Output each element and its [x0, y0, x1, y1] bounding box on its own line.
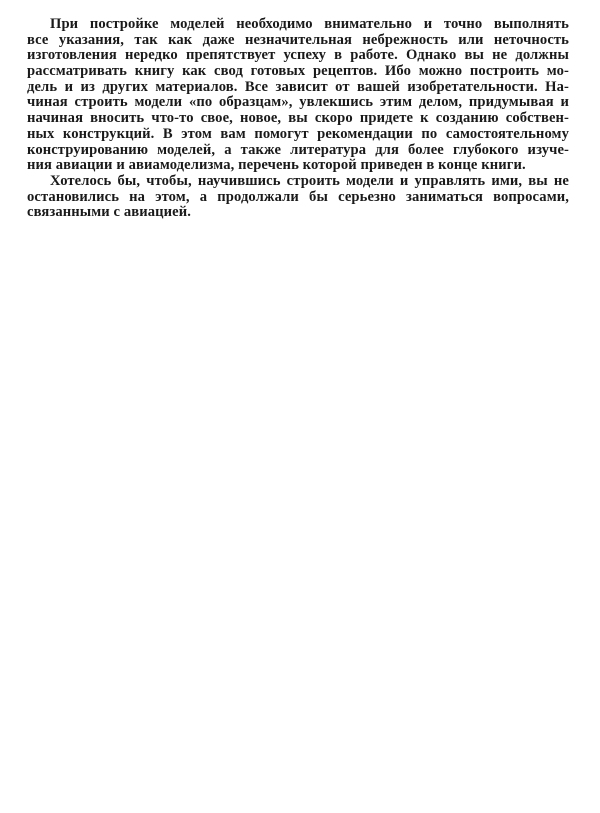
paragraph-2-line-1: Хотелось бы, чтобы, научившись строить м… [27, 174, 569, 190]
paragraph-1-line-2: все указания, так как даже незначительна… [27, 33, 569, 49]
paragraph-1-line-10: ния авиации и авиамоделизма, перечень ко… [27, 158, 569, 174]
paragraph-2-line-2: остановились на этом, а продолжали бы се… [27, 190, 569, 206]
body-text: При постройке моделей необходимо внимате… [27, 17, 569, 221]
book-page: При постройке моделей необходимо внимате… [0, 0, 600, 813]
paragraph-1-line-5: дель и из других материалов. Все зависит… [27, 80, 569, 96]
paragraph-1-line-1: При постройке моделей необходимо внимате… [27, 17, 569, 33]
paragraph-1-line-7: начиная вносить что-то свое, новое, вы с… [27, 111, 569, 127]
paragraph-1-line-4: рассматривать книгу как свод готовых рец… [27, 64, 569, 80]
paragraph-1-line-6: чиная строить модели «по образцам», увле… [27, 95, 569, 111]
paragraph-1-line-8: ных конструкций. В этом вам помогут реко… [27, 127, 569, 143]
paragraph-1-line-9: конструированию моделей, а также литерат… [27, 143, 569, 159]
paragraph-2-line-3: связанными с авиацией. [27, 205, 569, 221]
paragraph-1-line-3: изготовления нередко препятствует успеху… [27, 48, 569, 64]
